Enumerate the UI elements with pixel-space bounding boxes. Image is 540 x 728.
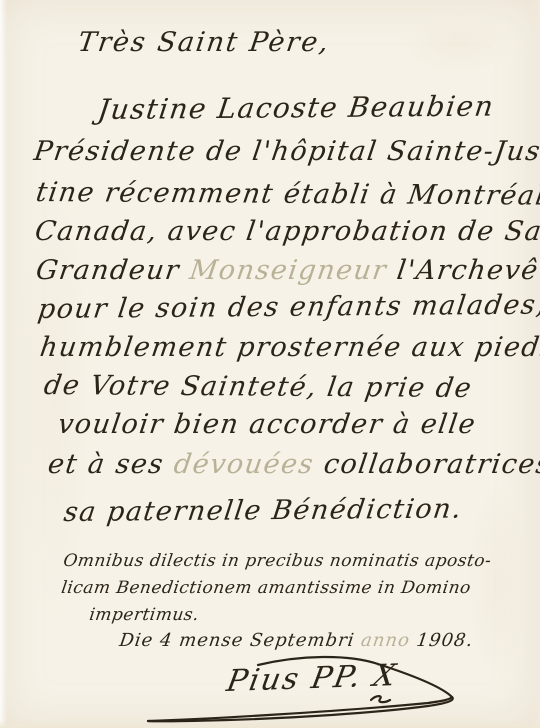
letter-line: de Votre Sainteté, la prie de: [42, 370, 474, 404]
scan-edge-right: [530, 0, 540, 728]
rescript-line: Omnibus dilectis in precibus nominatis a…: [62, 551, 493, 571]
letter-line: pour le soin des enfants malades,: [36, 290, 540, 325]
letter-page: Très Saint Père, Justine Lacoste Beaubie…: [0, 0, 540, 728]
rescript-line: licam Benedictionem amantissime in Domin…: [60, 578, 472, 598]
letter-line: et à ses dévouées collaboratrices: [46, 449, 540, 480]
letter-line: Grandeur Monseigneur l'Archevêque,: [34, 255, 540, 286]
salutation: Très Saint Père,: [76, 27, 332, 58]
faded-word: anno: [360, 630, 418, 651]
line-text: l'Archevêque,: [385, 255, 540, 286]
papal-signature: Pius PP. X: [224, 658, 400, 699]
line-text: Grandeur: [34, 255, 192, 286]
faded-word: Monseigneur: [188, 255, 390, 286]
letter-line: Présidente de l'hôpital Sainte-Jus-: [32, 136, 540, 167]
letter-line: Canada, avec l'approbation de Sa: [33, 216, 540, 247]
date-text: Die 4 mense Septembri: [118, 630, 363, 651]
faded-word: dévouées: [172, 449, 316, 480]
letter-line: humblement prosternée aux pieds: [38, 332, 540, 363]
letter-line: sa paternelle Bénédiction.: [62, 494, 464, 528]
date-text: 1908.: [415, 630, 474, 651]
letter-line: Justine Lacoste Beaubien: [96, 90, 496, 126]
rescript-line: impertimus.: [88, 605, 200, 625]
scan-edge-left: [0, 0, 7, 728]
scan-edge-bottom: [0, 720, 540, 728]
letter-line: vouloir bien accorder à elle: [56, 409, 478, 440]
date-line: Die 4 mense Septembri anno 1908.: [118, 630, 475, 651]
line-text: et à ses: [46, 449, 176, 480]
letter-line: tine récemment établi à Montréal,: [34, 177, 540, 212]
line-text: collaboratrices: [312, 449, 540, 480]
